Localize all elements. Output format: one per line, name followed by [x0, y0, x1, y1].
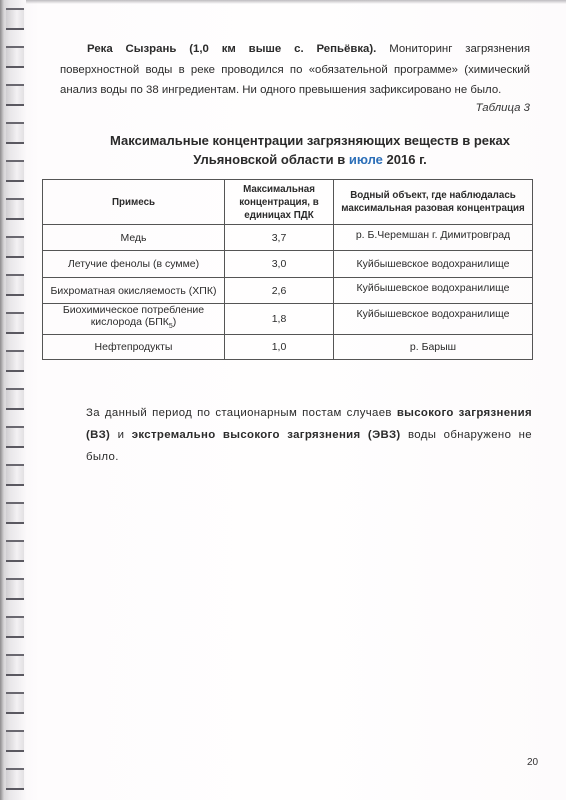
table-row: Медь 3,7 р. Б.Черемшан г. Димитровград	[43, 225, 533, 251]
binding-ring	[6, 768, 24, 790]
binding-ring	[6, 46, 24, 68]
cell-substance: Летучие фенолы (в сумме)	[43, 251, 225, 278]
cell-substance: Биохимическое потребление кислорода (БПК…	[43, 304, 225, 335]
binding-ring	[6, 388, 24, 410]
binding-ring	[6, 350, 24, 372]
cell-substance: Нефтепродукты	[43, 335, 225, 360]
header-water-body: Водный объект, где наблюдалась максималь…	[334, 180, 533, 225]
table-title-part1: Максимальные концентрации загрязняющих в…	[110, 133, 510, 167]
binding-ring	[6, 426, 24, 448]
cell-water-body: р. Барыш	[334, 335, 533, 360]
binding-ring	[6, 616, 24, 638]
header-substance: Примесь	[43, 180, 225, 225]
closing-bold-2: экстремально высокого загрязнения (ЭВЗ)	[132, 429, 401, 441]
spiral-binding	[0, 0, 26, 800]
river-heading: Река Сызрань (1,0 км выше с. Репьёвка).	[87, 43, 376, 55]
binding-ring	[6, 198, 24, 220]
table-row: Летучие фенолы (в сумме) 3,0 Куйбышевско…	[43, 251, 533, 278]
page-top-shadow	[20, 0, 566, 4]
substance-text: Биохимическое потребление кислорода (БПК	[63, 304, 204, 328]
binding-ring	[6, 464, 24, 486]
binding-ring	[6, 122, 24, 144]
substance-text-end: )	[173, 316, 177, 328]
table-title-month: июле	[349, 152, 383, 167]
table-label: Таблица 3	[476, 102, 530, 114]
cell-max-pdk: 2,6	[225, 278, 334, 304]
header-max-concentration: Максимальная концентрация, в единицах ПД…	[225, 180, 334, 225]
binding-ring	[6, 8, 24, 30]
table-title: Максимальные концентрации загрязняющих в…	[70, 131, 550, 169]
cell-water-body: р. Б.Черемшан г. Димитровград	[334, 225, 533, 251]
binding-ring	[6, 692, 24, 714]
cell-max-pdk: 3,0	[225, 251, 334, 278]
closing-text-1: За данный период по стационарным постам …	[86, 407, 397, 419]
cell-water-body: Куйбышевское водохранилище	[334, 278, 533, 304]
closing-text-2: и	[110, 429, 132, 441]
pollutant-table: Примесь Максимальная концентрация, в еди…	[42, 179, 533, 360]
cell-max-pdk: 3,7	[225, 225, 334, 251]
table-row: Нефтепродукты 1,0 р. Барыш	[43, 335, 533, 360]
binding-ring	[6, 160, 24, 182]
cell-max-pdk: 1,0	[225, 335, 334, 360]
cell-max-pdk: 1,8	[225, 304, 334, 335]
binding-ring	[6, 236, 24, 258]
table-header-row: Примесь Максимальная концентрация, в еди…	[43, 180, 533, 225]
table-row: Биохимическое потребление кислорода (БПК…	[43, 304, 533, 335]
binding-ring	[6, 730, 24, 752]
binding-ring	[6, 578, 24, 600]
closing-paragraph: За данный период по стационарным постам …	[86, 402, 532, 468]
binding-ring	[6, 540, 24, 562]
document-page: Река Сызрань (1,0 км выше с. Репьёвка). …	[0, 0, 566, 800]
table-title-part2: 2016 г.	[383, 152, 427, 167]
cell-substance: Медь	[43, 225, 225, 251]
cell-substance: Бихроматная окисляемость (ХПК)	[43, 278, 225, 304]
binding-ring	[6, 654, 24, 676]
page-number: 20	[527, 757, 538, 768]
binding-ring	[6, 502, 24, 524]
binding-ring	[6, 84, 24, 106]
binding-ring	[6, 312, 24, 334]
table-row: Бихроматная окисляемость (ХПК) 2,6 Куйбы…	[43, 278, 533, 304]
binding-ring	[6, 274, 24, 296]
intro-paragraph: Река Сызрань (1,0 км выше с. Репьёвка). …	[60, 39, 530, 101]
cell-water-body: Куйбышевское водохранилище	[334, 304, 533, 335]
cell-water-body: Куйбышевское водохранилище	[334, 251, 533, 278]
